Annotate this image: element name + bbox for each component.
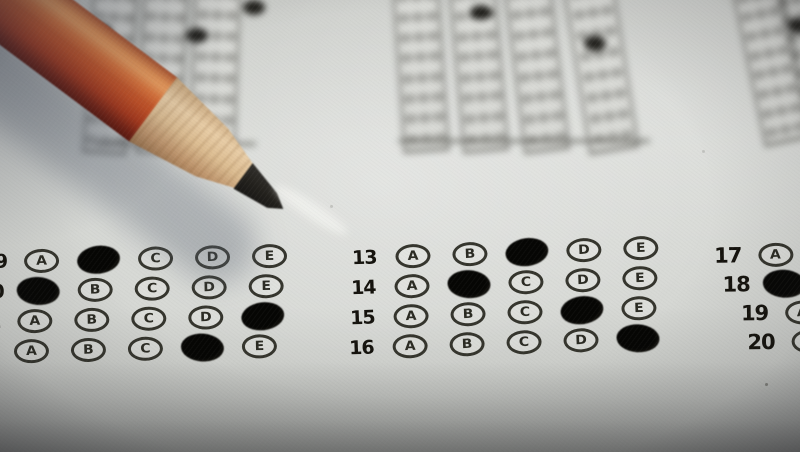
bubble-D: D [563, 328, 599, 353]
bubble-E: E [621, 296, 657, 321]
filled-bubble-C [504, 235, 550, 269]
bubble-letter: E [254, 340, 264, 353]
paper-speck [330, 205, 333, 208]
bubble-A: A [14, 339, 49, 364]
choice-cell: D [177, 305, 234, 330]
bubble-letter: C [140, 342, 151, 355]
question-row: 20A [734, 326, 800, 356]
choice-cell: C [497, 269, 555, 295]
choice-cell [498, 237, 556, 267]
question-number: 18 [710, 272, 750, 297]
choice-cell: A [3, 339, 60, 364]
answer-block-right: 17A1819A20A [701, 239, 800, 357]
bubble-letter: D [200, 311, 212, 324]
bubble-E: E [248, 274, 283, 299]
bubble-B: B [450, 302, 486, 327]
bubble-B: B [449, 332, 485, 357]
choice-cell [553, 295, 611, 325]
bubble-letter: C [520, 306, 531, 319]
bubble-B: B [452, 242, 488, 267]
choice-cell [9, 276, 67, 305]
bubble-C: C [131, 306, 166, 331]
question-number: 17 [701, 243, 741, 268]
filled-bubble-E [616, 323, 660, 353]
choice-cell: E [237, 274, 294, 299]
choice-cell: C [120, 306, 177, 331]
bubble-C: C [507, 300, 543, 325]
choice-cell: A [381, 333, 439, 359]
bubble-E: E [623, 236, 659, 261]
bubble-C: C [508, 270, 544, 295]
bubble-A: A [394, 274, 430, 299]
choice-cell: D [554, 267, 612, 293]
bubble-B: B [74, 308, 109, 333]
scantron-photo: 9ACDE10BCDE11ABCD12ABCE13ABDE14ACDE15ABC… [0, 0, 800, 452]
choice-cell: B [63, 307, 120, 332]
choice-cell: B [438, 331, 496, 357]
choice-cell: E [611, 265, 669, 291]
bubble-D: D [565, 268, 601, 293]
choice-cell [762, 269, 800, 298]
bubble-letter: B [86, 313, 97, 326]
bubble-B: B [77, 277, 112, 302]
bubble-letter: E [634, 302, 644, 315]
filled-bubble-B [447, 269, 491, 299]
choice-cell: B [441, 241, 499, 267]
question-number: 16 [337, 337, 374, 360]
bubble-A: A [17, 309, 52, 334]
bubble-C: C [134, 276, 169, 301]
bubble-A: A [395, 244, 431, 269]
bubble-letter: D [575, 334, 587, 347]
filled-bubble-A [761, 268, 800, 299]
bubble-C: C [506, 330, 542, 355]
question-row: 18 [710, 268, 800, 299]
bubble-D: D [188, 305, 223, 330]
choice-cell: A [6, 308, 63, 333]
bubble-letter: A [405, 310, 416, 323]
bubble-letter: C [150, 252, 161, 265]
choice-cell: E [612, 235, 670, 261]
question-number: 10 [0, 281, 4, 304]
question-row: 12ABCE [0, 331, 300, 368]
filled-bubble-A [16, 276, 61, 307]
choice-cell: A [384, 243, 442, 269]
bubble-letter: C [521, 276, 532, 289]
bubble-letter: B [83, 343, 94, 356]
bubble-letter: C [147, 282, 158, 295]
answer-block-middle: 13ABDE14ACDE15ABCE16ABCD [334, 232, 673, 364]
bubble-A: A [785, 300, 800, 324]
bubble-letter: D [578, 244, 590, 257]
bubble-letter: E [636, 242, 646, 255]
question-row: 19A [728, 297, 800, 327]
bubble-letter: A [770, 248, 781, 261]
choice-cell: B [66, 277, 123, 302]
filled-bubble-E [240, 300, 286, 333]
choice-cell: A [780, 300, 800, 325]
bubble-letter: A [36, 254, 47, 267]
choice-cell: A [753, 242, 797, 267]
bubble-A: A [24, 249, 59, 274]
bubble-letter: A [406, 280, 417, 293]
choice-cell: A [13, 248, 70, 273]
question-number: 14 [339, 276, 376, 299]
choice-cell: A [382, 303, 440, 329]
choice-cell [440, 269, 498, 299]
choice-cell: E [610, 295, 668, 321]
bubble-A: A [393, 304, 429, 329]
question-number: 11 [0, 311, 1, 334]
bubble-letter: C [144, 312, 155, 325]
choice-cell [70, 245, 128, 274]
bubble-A: A [392, 334, 428, 359]
filled-bubble-D [180, 332, 225, 363]
bubble-letter: B [462, 308, 473, 321]
filled-bubble-B [75, 243, 121, 276]
choice-cell: C [123, 276, 180, 301]
bubble-A: A [758, 242, 793, 266]
choice-cell: A [383, 273, 441, 299]
choice-cell: C [117, 336, 174, 361]
bubble-letter: B [462, 338, 473, 351]
bubble-E: E [242, 334, 277, 359]
bubble-E: E [252, 244, 287, 269]
choice-cell [234, 302, 292, 331]
bubble-letter: C [519, 336, 530, 349]
choice-cell: B [60, 337, 117, 362]
choice-cell [174, 333, 232, 362]
answer-block-left: 9ACDE10BCDE11ABCD12ABCE [0, 241, 300, 368]
bubble-letter: A [404, 340, 415, 353]
bubble-D: D [566, 238, 602, 263]
bubble-E: E [622, 266, 658, 291]
bubble-C: C [128, 336, 163, 361]
bubble-B: B [71, 338, 106, 363]
bubble-letter: A [407, 250, 418, 263]
bubble-letter: B [464, 248, 475, 261]
paper-speck [702, 150, 705, 153]
bubble-A: A [791, 329, 800, 353]
bubble-letter: A [29, 315, 40, 328]
choice-cell: C [495, 329, 553, 355]
bubble-letter: D [577, 274, 589, 287]
filled-bubble-D [559, 293, 605, 327]
question-row: 17A [701, 239, 800, 270]
choice-cell: D [555, 237, 613, 263]
bubble-letter: E [265, 250, 275, 263]
choice-cell: B [439, 301, 497, 327]
question-number: 15 [338, 307, 375, 330]
choice-cell [609, 323, 667, 353]
bubble-letter: B [90, 283, 101, 296]
question-number: 20 [734, 329, 774, 354]
bubble-letter: E [261, 280, 271, 293]
bubble-letter: A [26, 345, 37, 358]
choice-cell: A [786, 329, 800, 354]
choice-cell: C [496, 299, 554, 325]
paper-speck [765, 383, 768, 386]
choice-cell: D [552, 327, 610, 353]
question-number: 9 [0, 251, 7, 274]
choice-cell: E [231, 334, 288, 359]
bubble-letter: E [635, 272, 645, 285]
question-number: 19 [728, 300, 768, 325]
question-number: 13 [340, 246, 377, 269]
